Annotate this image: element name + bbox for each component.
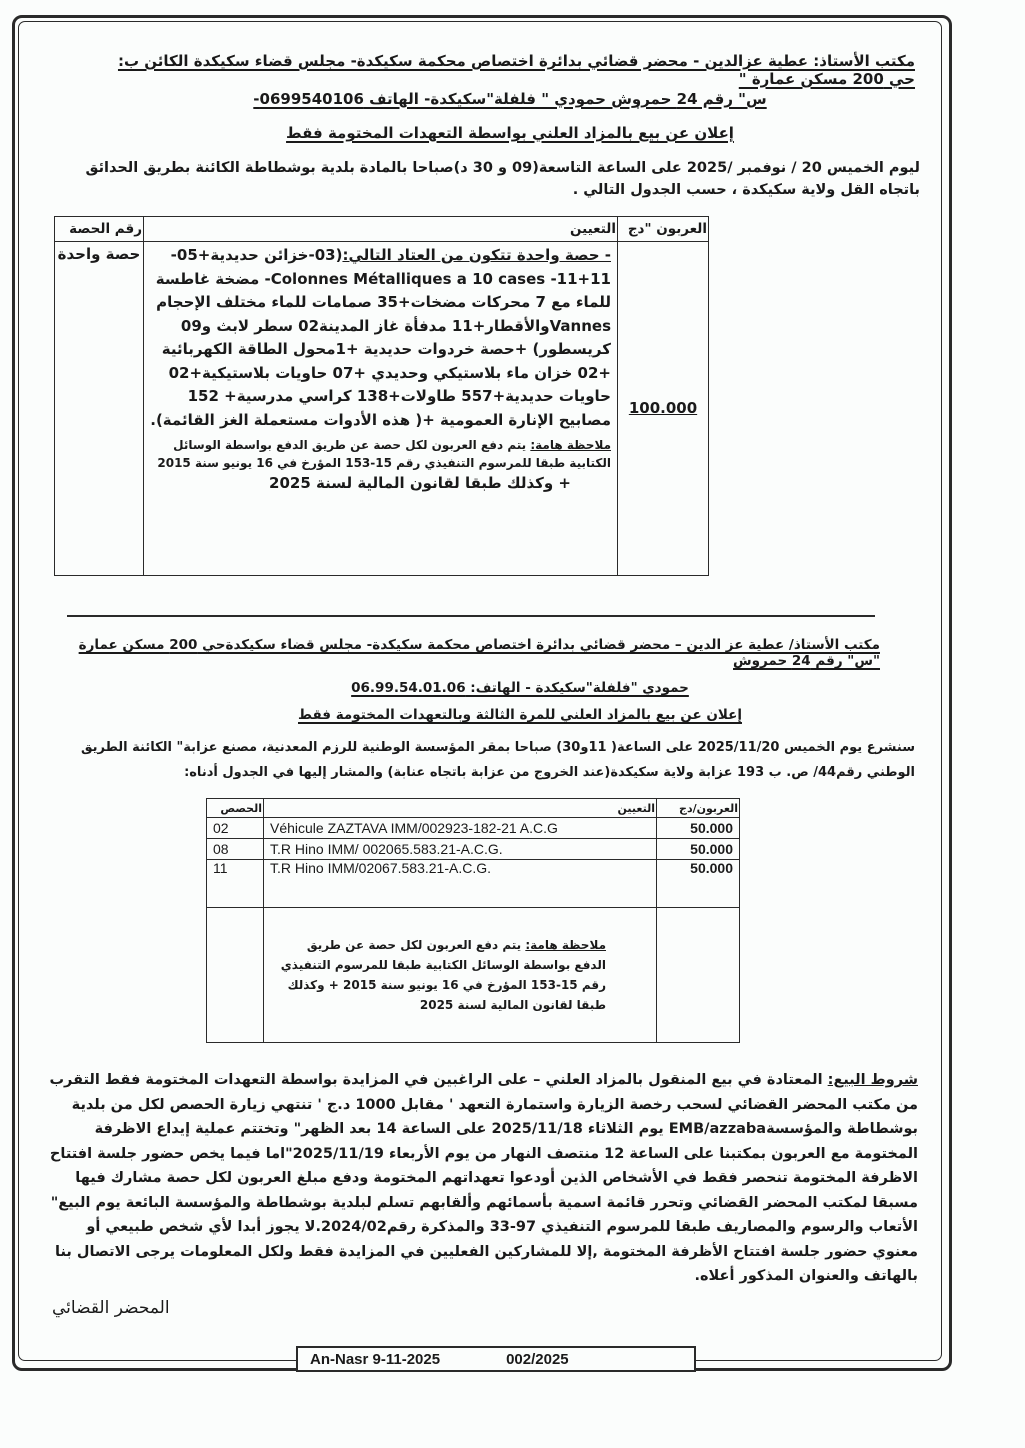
- reference-number: 002/2025: [506, 1351, 569, 1368]
- conditions-text: المعتادة في بيع المنقول بالمزاد العلني –…: [49, 1072, 918, 1284]
- conditions-label: شروط البيع:: [828, 1072, 918, 1088]
- table-note-row: ملاحظة هامة: يتم دفع العربون لكل حصة عن …: [207, 908, 740, 1043]
- notice1-intro: ليوم الخميس 20 / نوفمبر /2025 على الساعة…: [55, 157, 920, 201]
- notice2-title: إعلان عن بيع بالمزاد العلني للمرة الثالث…: [200, 707, 840, 723]
- lot-price: 50.000: [657, 860, 740, 908]
- lot-price: 50.000: [657, 839, 740, 860]
- note-label: ملاحظة هامة:: [530, 438, 611, 452]
- lot-price: 50.000: [657, 818, 740, 839]
- lot-designation: - حصة واحدة تتكون من العتاد التالي:(03-خ…: [144, 242, 618, 576]
- section-divider: [67, 615, 875, 617]
- table-row: 08 T.R Hino IMM/ 002065.583.21-A.C.G. 50…: [207, 839, 740, 860]
- notice1-table: العربون "دج التعيين رقم الحصة 100.000 - …: [54, 216, 709, 576]
- lot-note: ملاحظة هامة: يتم دفع العربون لكل حصة عن …: [150, 436, 611, 472]
- publication-footer: An-Nasr 9-11-2025 002/2025: [296, 1346, 696, 1372]
- notice2-table: الحصص التعيين العربون/دج 02 Véhicule ZAZ…: [206, 798, 740, 1043]
- col-header-designation: التعيين: [264, 799, 657, 818]
- note-tail: + وكذلك طبقا لقانون المالية لسنة 2025: [150, 472, 611, 496]
- table-row: 02 Véhicule ZAZTAVA IMM/002923-182-21 A.…: [207, 818, 740, 839]
- col-header-lot: رقم الحصة: [55, 217, 144, 242]
- notice2-header-line2: حمودي "فلفلة"سكيكدة - الهاتف: 06.99.54.0…: [200, 680, 840, 696]
- lot-designation: T.R Hino IMM/02067.583.21-A.C.G.: [264, 860, 657, 908]
- col-header-lots: الحصص: [207, 799, 264, 818]
- lot-number: 11: [207, 860, 264, 908]
- notice2-intro: سنشرع يوم الخميس 2025/11/20 على الساعة( …: [55, 735, 915, 785]
- note-label: ملاحظة هامة:: [525, 938, 606, 952]
- col-header-designation: التعيين: [144, 217, 618, 242]
- lot-number: 02: [207, 818, 264, 839]
- lot-designation: Véhicule ZAZTAVA IMM/002923-182-21 A.C.G: [264, 818, 657, 839]
- col-header-price: العربون "دج: [618, 217, 709, 242]
- notice2-header-line1: مكتب الأستاذ/ عطية عز الدين – محضر قضائي…: [70, 637, 880, 669]
- sale-conditions: شروط البيع: المعتادة في بيع المنقول بالم…: [48, 1068, 918, 1289]
- designation-lead: - حصة واحدة تتكون من العتاد التالي:: [342, 246, 611, 264]
- notice1-header-line2: س" رقم 24 حمروش حمودي " فلفلة"سكيكدة- ال…: [180, 90, 840, 108]
- publication-date: An-Nasr 9-11-2025: [310, 1351, 440, 1368]
- lot-designation: T.R Hino IMM/ 002065.583.21-A.C.G.: [264, 839, 657, 860]
- table-row: 11 T.R Hino IMM/02067.583.21-A.C.G. 50.0…: [207, 860, 740, 908]
- lot-number: حصة واحدة: [55, 242, 144, 576]
- lot-price: 100.000: [618, 242, 709, 576]
- col-header-price: العربون/دج: [657, 799, 740, 818]
- notice1-header-line1: مكتب الأستاذ: عطية عزالدين - محضر قضائي …: [90, 52, 915, 88]
- notice1-title: إعلان عن بيع بالمزاد العلني بواسطة التعه…: [180, 124, 840, 142]
- lot-number: 08: [207, 839, 264, 860]
- lot-note: ملاحظة هامة: يتم دفع العربون لكل حصة عن …: [264, 908, 657, 1043]
- signature-bailiff: المحضر القضائي: [52, 1298, 170, 1318]
- designation-body: (03-خزائن حديدية+05-11+Colonnes Métalliq…: [150, 246, 611, 429]
